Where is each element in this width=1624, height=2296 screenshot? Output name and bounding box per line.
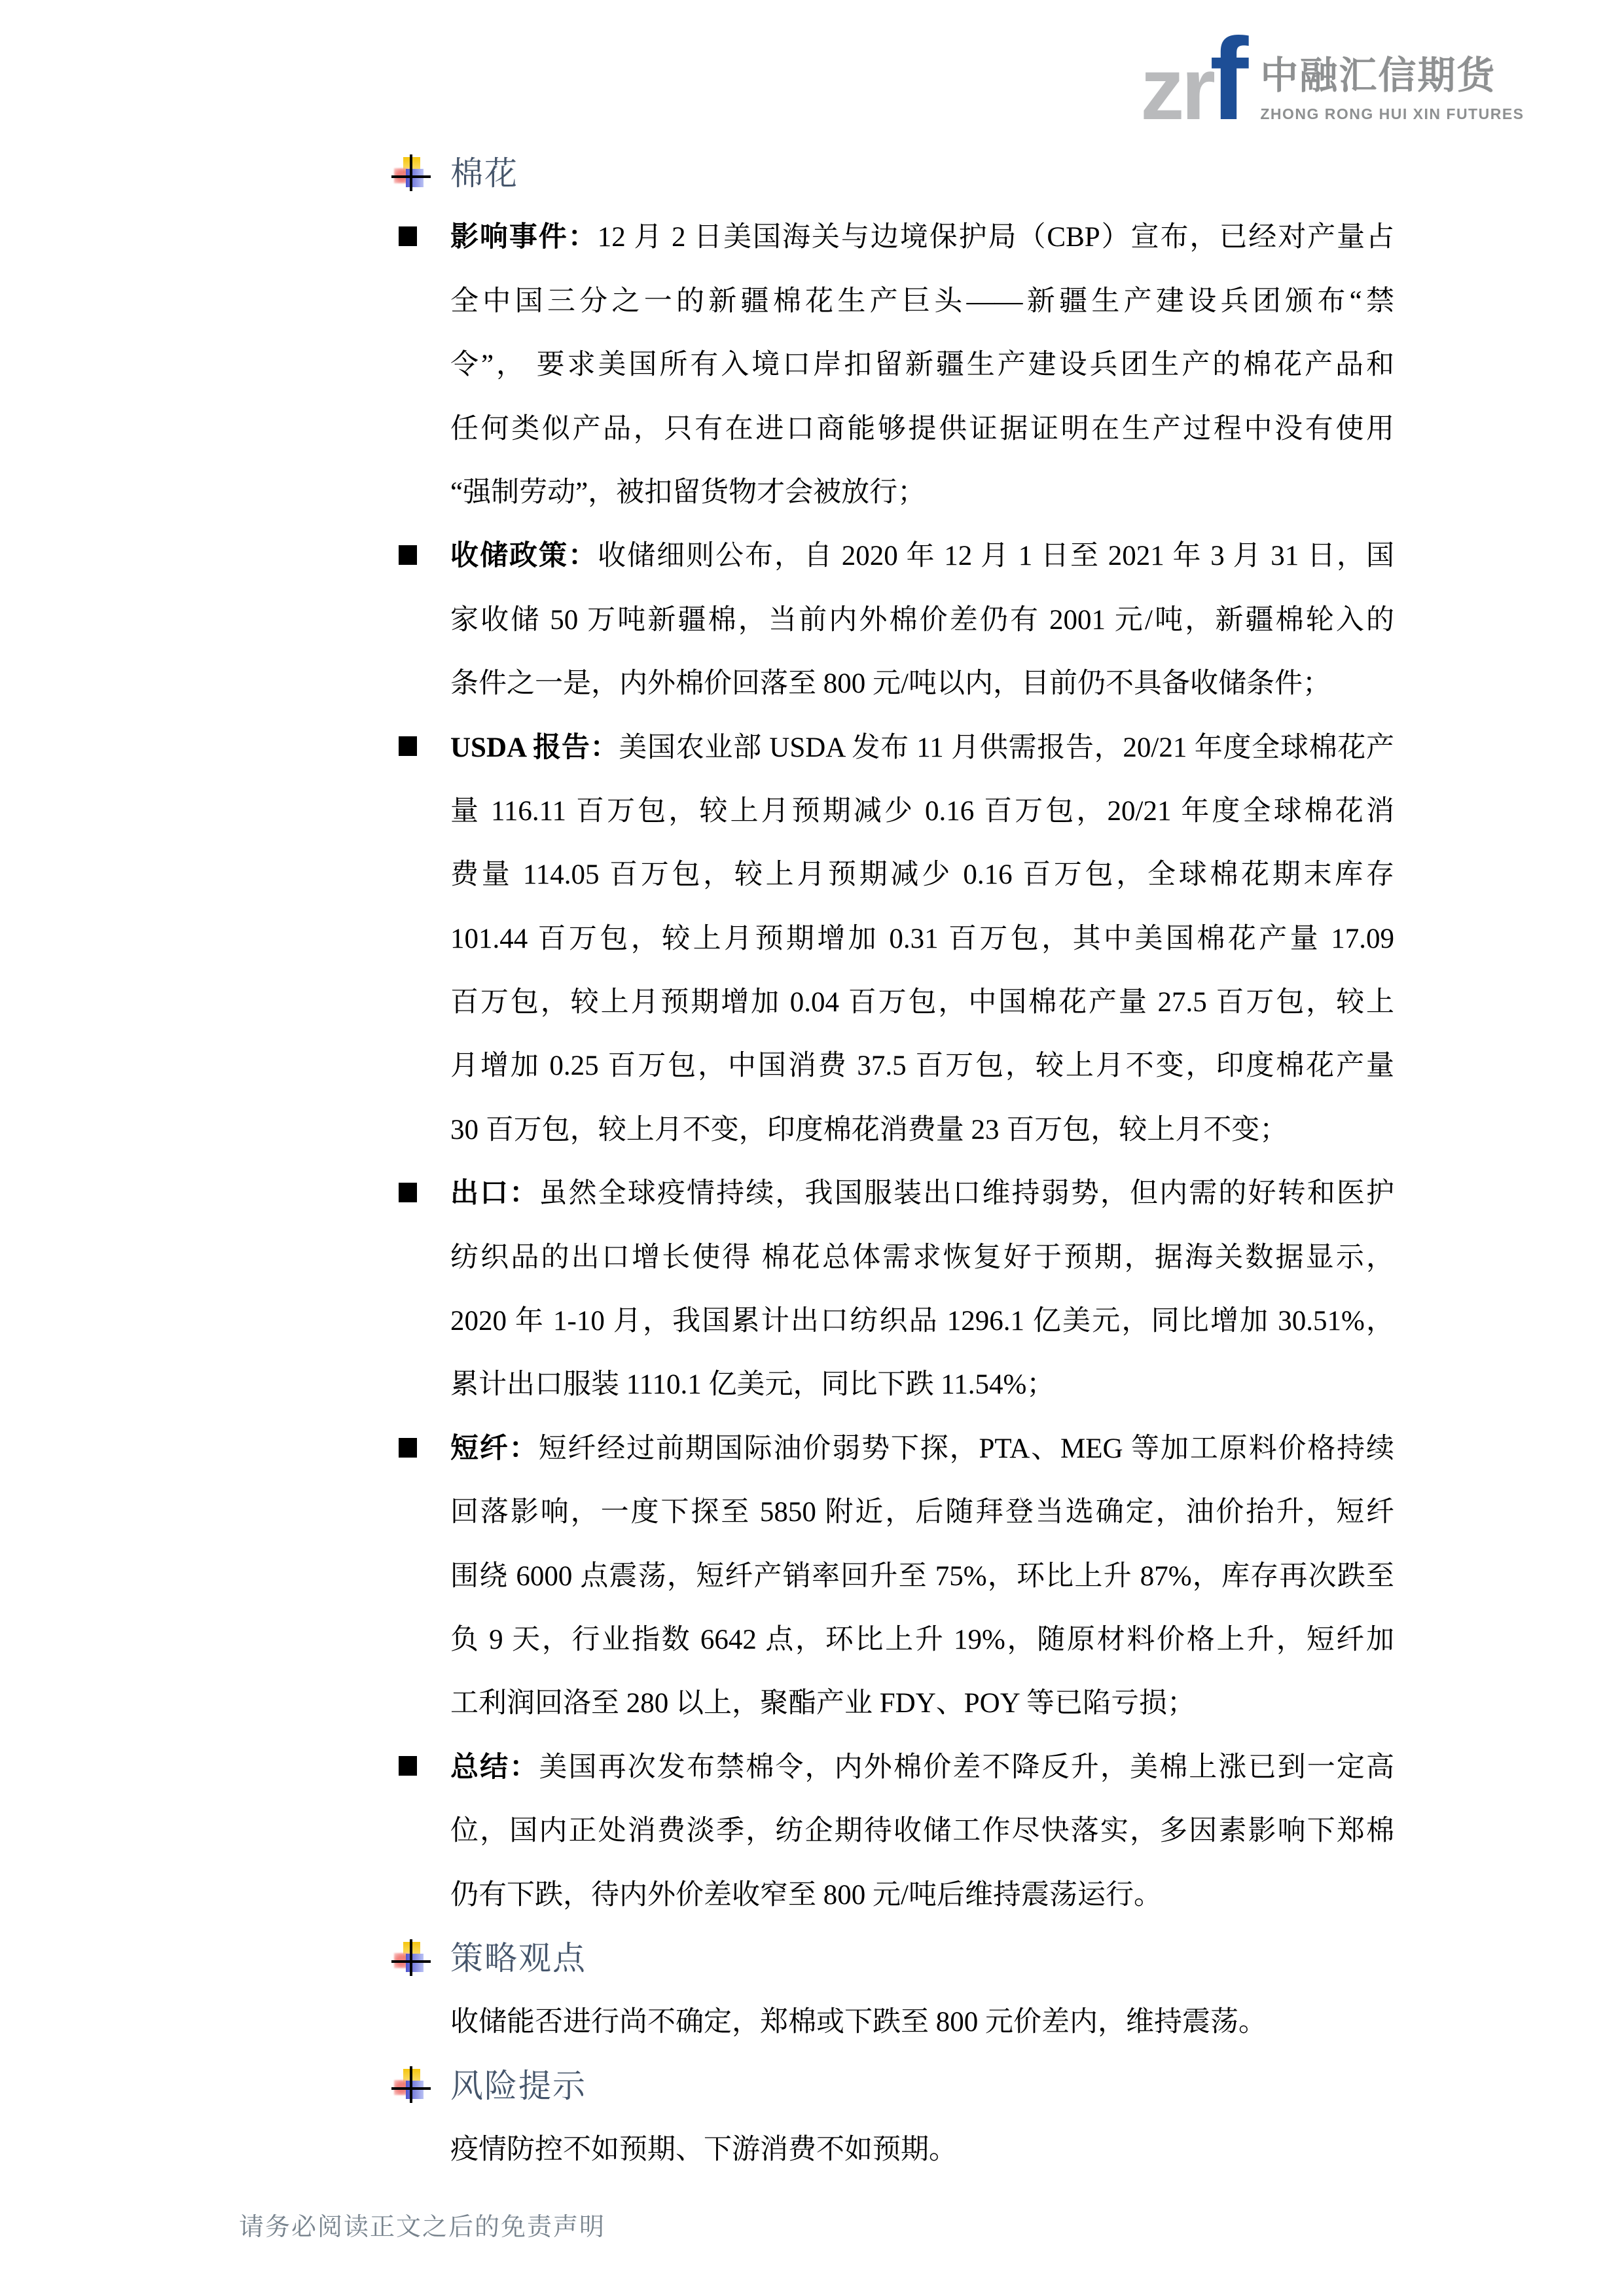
square-bullet-icon: [399, 1756, 417, 1776]
paragraph-line: 短纤：短纤经过前期国际油价弱势下探，PTA、MEG 等加工原料价格持续: [450, 1417, 1394, 1480]
paragraph-text: 收储细则公布，自 2020 年 12 月 1 日至 2021 年 3 月 31 …: [598, 541, 1394, 571]
report-page: zrf 中融汇信期货 ZHONG RONG HUI XIN FUTURES 棉花…: [0, 0, 1624, 2296]
square-bullet-icon: [399, 226, 417, 246]
section-heading-text: 策略观点: [450, 1940, 586, 1977]
icon-blu-part: [406, 169, 424, 187]
paragraph-text: 负 9 天，行业指数 6642 点，环比上升 19%，随原材料价格上升，短纤加: [450, 1624, 1394, 1655]
paragraph-text: 12 月 2 日美国海关与边境保护局（CBP）宣布，已经对产量占: [598, 222, 1394, 253]
paragraph-text: 全中国三分之一的新疆棉花生产巨头——新疆生产建设兵团颁布“禁: [450, 286, 1394, 317]
paragraph-text: 虽然全球疫情持续，我国服装出口维持弱势，但内需的好转和医护: [539, 1178, 1394, 1209]
paragraph-text: 疫情防控不如预期、下游消费不如预期。: [450, 2134, 957, 2165]
logo-zr-letters: zr: [1140, 39, 1212, 138]
icon-blu-part: [406, 2081, 424, 2099]
paragraph-line: 费量 114.05 百万包，较上月预期减少 0.16 百万包，全球棉花期末库存: [450, 843, 1394, 906]
icon-hbar-part: [391, 1960, 431, 1963]
section-marker-icon: [394, 2069, 424, 2100]
paragraph-text: 条件之一是，内外棉价回落至 800 元/吨以内，目前仍不具备收储条件；: [450, 668, 1331, 699]
logo-text-block: 中融汇信期货 ZHONG RONG HUI XIN FUTURES: [1260, 45, 1524, 123]
paragraph-text: 2020 年 1-10 月，我国累计出口纺织品 1296.1 亿美元，同比增加 …: [450, 1306, 1394, 1336]
paragraph-line: 量 116.11 百万包，较上月预期减少 0.16 百万包，20/21 年度全球…: [450, 780, 1394, 843]
paragraph-label: 总结：: [450, 1752, 539, 1783]
paragraph-line: 累计出口服装 1110.1 亿美元，同比下跌 11.54%；: [450, 1353, 1394, 1416]
paragraph-text: 月增加 0.25 百万包，中国消费 37.5 百万包，较上月不变，印度棉花产量: [450, 1050, 1394, 1081]
paragraph-line: 纺织品的出口增长使得 棉花总体需求恢复好于预期，据海关数据显示，: [450, 1226, 1394, 1289]
paragraph-label: 影响事件：: [450, 222, 598, 253]
paragraph-text: 美国再次发布禁棉令，内外棉价差不降反升，美棉上涨已到一定高: [539, 1752, 1394, 1783]
paragraph-text: 费量 114.05 百万包，较上月预期减少 0.16 百万包，全球棉花期末库存: [450, 859, 1394, 890]
square-bullet-icon: [399, 1183, 417, 1202]
paragraph-text: 美国农业部 USDA 发布 11 月供需报告，20/21 年度全球棉花产: [619, 732, 1394, 763]
paragraph-line: 2020 年 1-10 月，我国累计出口纺织品 1296.1 亿美元，同比增加 …: [450, 1289, 1394, 1353]
section-heading-text: 棉花: [450, 155, 518, 192]
paragraph-label: 出口：: [450, 1178, 539, 1209]
section-marker-icon: [394, 157, 424, 188]
paragraph-text: 量 116.11 百万包，较上月预期减少 0.16 百万包，20/21 年度全球…: [450, 796, 1394, 827]
paragraph-line: 家收储 50 万吨新疆棉，当前内外棉价差仍有 2001 元/吨，新疆棉轮入的: [450, 588, 1394, 652]
icon-blu-part: [406, 1954, 424, 1972]
paragraph-line: 百万包，较上月预期增加 0.04 百万包，中国棉花产量 27.5 百万包，较上: [450, 971, 1394, 1034]
paragraph-text: 工利润回洛至 280 以上，聚酯产业 FDY、POY 等已陷亏损；: [450, 1688, 1195, 1719]
section-heading: 棉花: [450, 142, 1394, 206]
section-marker-icon: [394, 1942, 424, 1973]
paragraph-line: 出口：虽然全球疫情持续，我国服装出口维持弱势，但内需的好转和医护: [450, 1162, 1394, 1225]
paragraph-text: 累计出口服装 1110.1 亿美元，同比下跌 11.54%；: [450, 1369, 1055, 1400]
icon-vbar-part: [410, 1939, 412, 1976]
icon-vbar-part: [410, 2066, 412, 2103]
paragraph-line: 工利润回洛至 280 以上，聚酯产业 FDY、POY 等已陷亏损；: [450, 1672, 1394, 1735]
paragraph-line: “强制劳动”，被扣留货物才会被放行；: [450, 461, 1394, 524]
logo-company-name-cn: 中融汇信期货: [1260, 45, 1524, 99]
company-logo: zrf 中融汇信期货 ZHONG RONG HUI XIN FUTURES: [1140, 12, 1525, 146]
paragraph-line: 回落影响，一度下探至 5850 附近，后随拜登当选确定，油价抬升，短纤: [450, 1480, 1394, 1544]
report-body: 棉花影响事件：12 月 2 日美国海关与边境保护局（CBP）宣布，已经对产量占全…: [450, 142, 1394, 2182]
paragraph-line: 月增加 0.25 百万包，中国消费 37.5 百万包，较上月不变，印度棉花产量: [450, 1034, 1394, 1098]
paragraph-line: 总结：美国再次发布禁棉令，内外棉价差不降反升，美棉上涨已到一定高: [450, 1736, 1394, 1799]
logo-f-letter: f: [1210, 14, 1248, 144]
paragraph-text: 收储能否进行尚不确定，郑棉或下跌至 800 元价差内，维持震荡。: [450, 2007, 1267, 2037]
paragraph-text: 家收储 50 万吨新疆棉，当前内外棉价差仍有 2001 元/吨，新疆棉轮入的: [450, 605, 1394, 636]
icon-hbar-part: [391, 175, 431, 178]
section-heading: 风险提示: [450, 2054, 1394, 2118]
paragraph-line: 条件之一是，内外棉价回落至 800 元/吨以内，目前仍不具备收储条件；: [450, 652, 1394, 715]
paragraph-text: 仍有下跌，待内外价差收窄至 800 元/吨后维持震荡运行。: [450, 1880, 1162, 1910]
paragraph-line: 疫情防控不如预期、下游消费不如预期。: [450, 2118, 1394, 2181]
icon-hbar-part: [391, 2087, 431, 2090]
paragraph-line: 仍有下跌，待内外价差收窄至 800 元/吨后维持震荡运行。: [450, 1863, 1394, 1927]
paragraph-line: 影响事件：12 月 2 日美国海关与边境保护局（CBP）宣布，已经对产量占: [450, 206, 1394, 269]
paragraph-line: 令”， 要求美国所有入境口岸扣留新疆生产建设兵团生产的棉花产品和: [450, 333, 1394, 397]
paragraph-text: 百万包，较上月预期增加 0.04 百万包，中国棉花产量 27.5 百万包，较上: [450, 987, 1394, 1018]
icon-vbar-part: [410, 154, 412, 191]
paragraph-text: 101.44 百万包，较上月预期增加 0.31 百万包，其中美国棉花产量 17.…: [450, 924, 1394, 954]
paragraph-line: 收储能否进行尚不确定，郑棉或下跌至 800 元价差内，维持震荡。: [450, 1990, 1394, 2054]
paragraph-line: 全中国三分之一的新疆棉花生产巨头——新疆生产建设兵团颁布“禁: [450, 270, 1394, 333]
paragraph-line: 围绕 6000 点震荡，短纤产销率回升至 75%，环比上升 87%，库存再次跌至: [450, 1545, 1394, 1608]
paragraph-line: 收储政策：收储细则公布，自 2020 年 12 月 1 日至 2021 年 3 …: [450, 524, 1394, 588]
section-heading-text: 风险提示: [450, 2068, 586, 2104]
paragraph-text: 任何类似产品，只有在进口商能够提供证据证明在生产过程中没有使用: [450, 414, 1394, 444]
paragraph-label: 收储政策：: [450, 541, 598, 571]
paragraph-text: “强制劳动”，被扣留货物才会被放行；: [450, 477, 926, 508]
paragraph-text: 短纤经过前期国际油价弱势下探，PTA、MEG 等加工原料价格持续: [539, 1433, 1394, 1464]
paragraph-text: 30 百万包，较上月不变，印度棉花消费量 23 百万包，较上月不变；: [450, 1115, 1288, 1145]
paragraph-label: USDA 报告：: [450, 732, 619, 763]
paragraph-line: 30 百万包，较上月不变，印度棉花消费量 23 百万包，较上月不变；: [450, 1098, 1394, 1162]
paragraph-text: 纺织品的出口增长使得 棉花总体需求恢复好于预期，据海关数据显示，: [450, 1242, 1394, 1273]
paragraph-line: 101.44 百万包，较上月预期增加 0.31 百万包，其中美国棉花产量 17.…: [450, 907, 1394, 971]
square-bullet-icon: [399, 1438, 417, 1458]
paragraph-line: 任何类似产品，只有在进口商能够提供证据证明在生产过程中没有使用: [450, 397, 1394, 461]
square-bullet-icon: [399, 545, 417, 565]
paragraph-text: 位，国内正处消费淡季，纺企期待收储工作尽快落实，多因素影响下郑棉: [450, 1816, 1394, 1846]
paragraph-line: 位，国内正处消费淡季，纺企期待收储工作尽快落实，多因素影响下郑棉: [450, 1799, 1394, 1863]
paragraph-line: USDA 报告：美国农业部 USDA 发布 11 月供需报告，20/21 年度全…: [450, 716, 1394, 780]
logo-company-name-en: ZHONG RONG HUI XIN FUTURES: [1260, 105, 1524, 123]
paragraph-text: 令”， 要求美国所有入境口岸扣留新疆生产建设兵团生产的棉花产品和: [450, 350, 1394, 380]
paragraph-label: 短纤：: [450, 1433, 539, 1464]
footer-disclaimer: 请务必阅读正文之后的免责声明: [239, 2211, 605, 2244]
paragraph-text: 回落影响，一度下探至 5850 附近，后随拜登当选确定，油价抬升，短纤: [450, 1497, 1394, 1528]
paragraph-text: 围绕 6000 点震荡，短纤产销率回升至 75%，环比上升 87%，库存再次跌至: [450, 1561, 1394, 1592]
section-heading: 策略观点: [450, 1927, 1394, 1990]
square-bullet-icon: [399, 736, 417, 756]
paragraph-line: 负 9 天，行业指数 6642 点，环比上升 19%，随原材料价格上升，短纤加: [450, 1608, 1394, 1672]
